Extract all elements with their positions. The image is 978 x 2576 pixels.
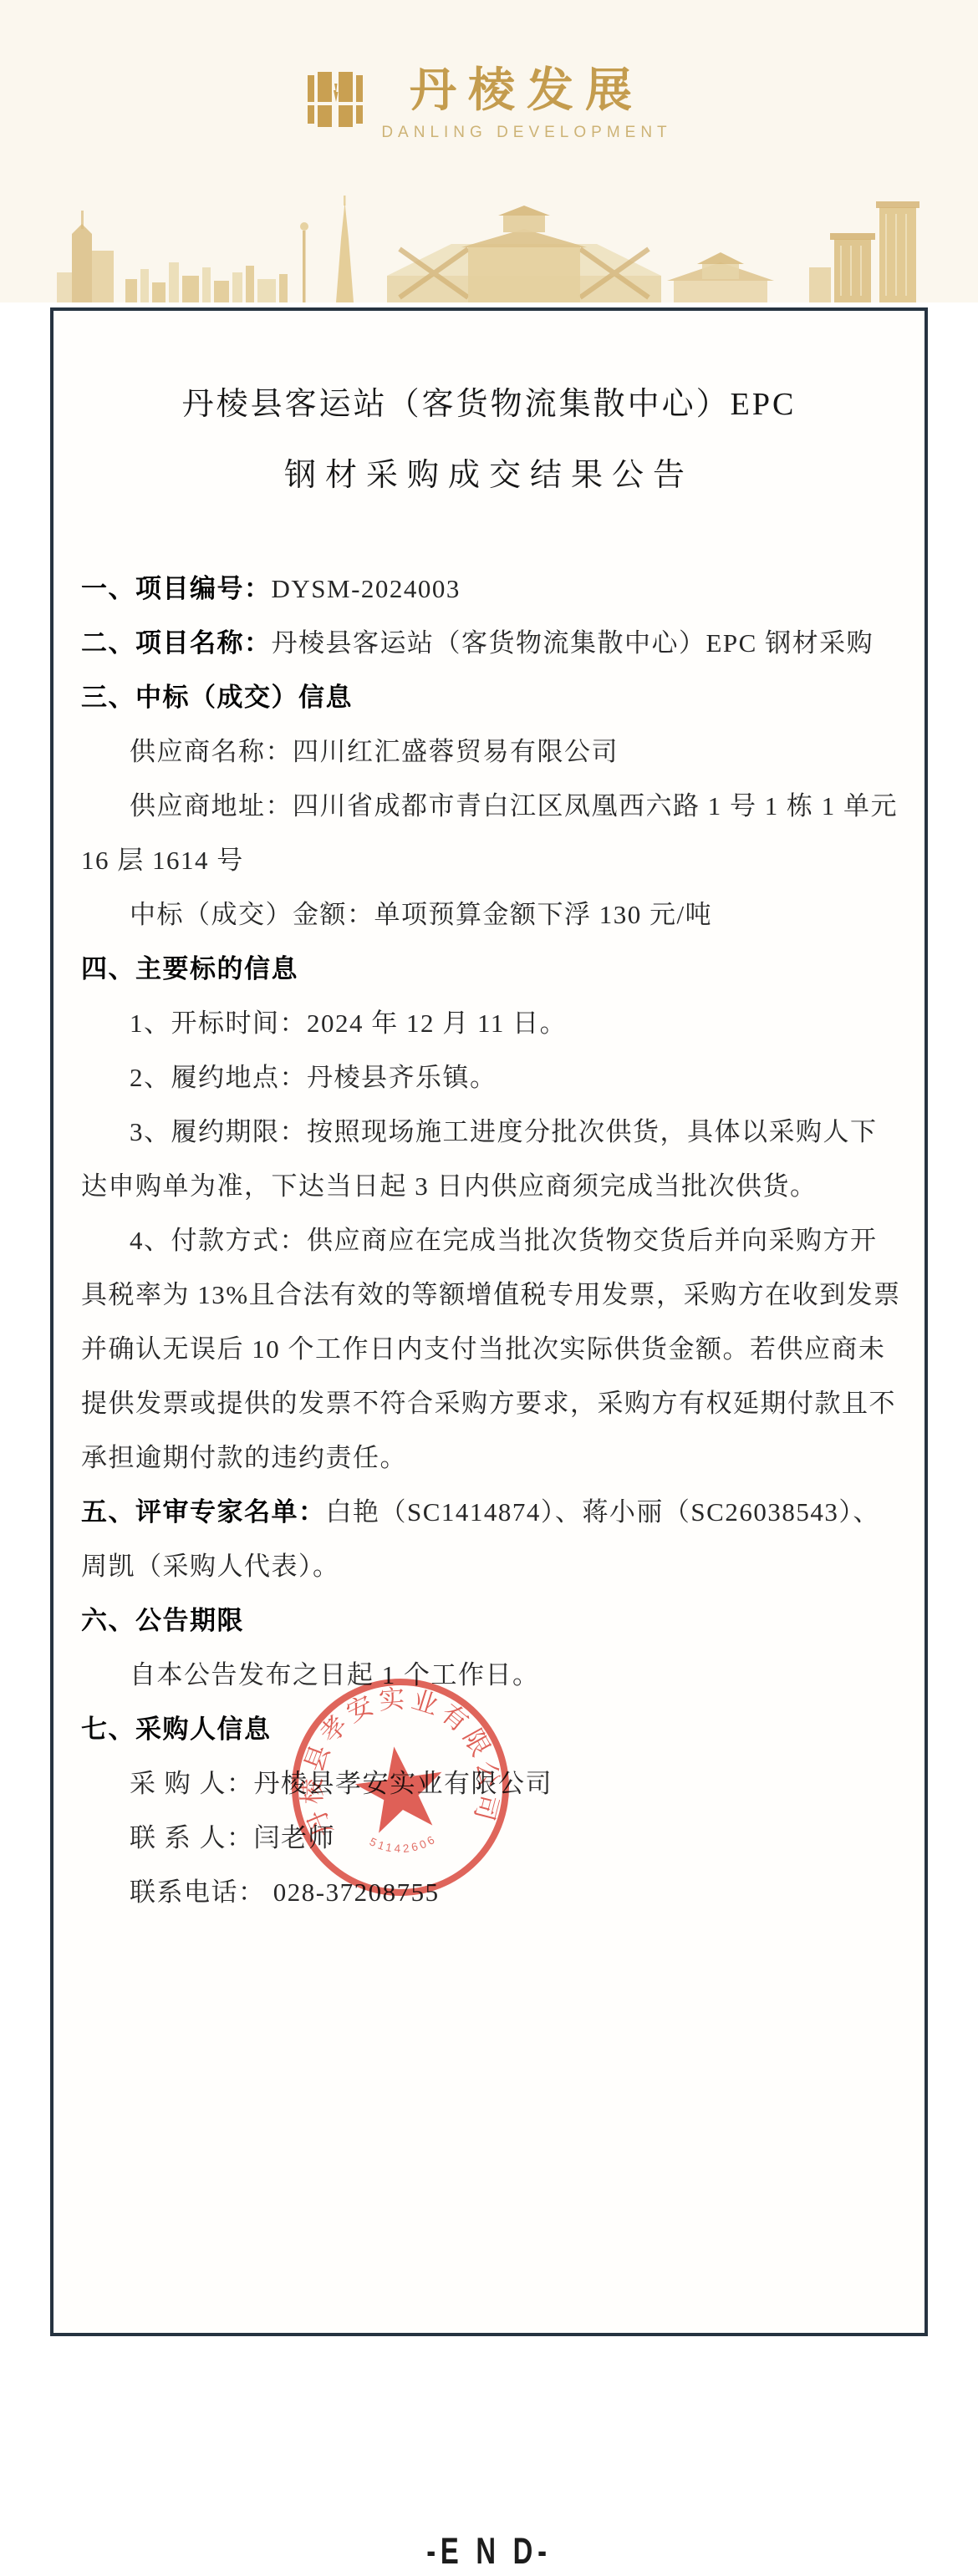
doc-line: 二、项目名称：丹棱县客运站（客货物流集散中心）EPC 钢材采购 [81, 616, 897, 670]
doc-line: 六、公告期限 [81, 1593, 897, 1648]
body-text: 联 系 人：闫老师 [130, 1823, 335, 1852]
doc-line: 4、付款方式：供应商应在完成当批次货物交货后并向采购方开 [81, 1213, 897, 1268]
doc-line: 三、中标（成交）信息 [81, 670, 897, 724]
body-text: 1、开标时间：2024 年 12 月 11 日。 [130, 1009, 567, 1038]
body-text: 采 购 人：丹棱县孝安实业有限公司 [130, 1769, 553, 1798]
section-heading: 七、采购人信息 [81, 1715, 272, 1744]
body-text: 周凯（采购人代表）。 [81, 1552, 340, 1581]
doc-line: 1、开标时间：2024 年 12 月 11 日。 [81, 996, 897, 1050]
doc-line: 采 购 人：丹棱县孝安实业有限公司 [81, 1756, 897, 1811]
doc-line: 周凯（采购人代表）。 [81, 1539, 897, 1593]
city-skyline-illustration [0, 196, 978, 302]
doc-line: 2、履约地点：丹棱县齐乐镇。 [81, 1050, 897, 1105]
doc-line: 联系电话： 028-37208755 [81, 1865, 897, 1919]
section-heading: 五、评审专家名单： [81, 1497, 326, 1527]
section-heading: 三、中标（成交）信息 [81, 683, 353, 712]
body-text: 联系电话： 028-37208755 [130, 1877, 440, 1907]
body-text: 中标（成交）金额：单项预算金额下浮 130 元/吨 [130, 900, 712, 929]
brand-name: 丹棱发展 [410, 65, 644, 117]
doc-line: 五、评审专家名单：白艳（SC1414874）、蒋小丽（SC26038543）、 [81, 1485, 897, 1539]
body-text: 16 层 1614 号 [81, 846, 244, 875]
body-text: 承担逾期付款的违约责任。 [81, 1443, 407, 1472]
doc-line: 达申购单为准，下达当日起 3 日内供应商须完成当批次供货。 [81, 1159, 897, 1213]
announcement-page: 丹棱发展 DANLING DEVELOPMENT [0, 0, 978, 2576]
doc-line: 具税率为 13%且合法有效的等额增值税专用发票，采购方在收到发票 [81, 1268, 897, 1322]
end-mark: -E N D- [88, 2531, 889, 2573]
doc-line: 自本公告发布之日起 1 个工作日。 [81, 1648, 897, 1702]
announcement-document: 丹棱县客运站（客货物流集散中心）EPC 钢材采购成交结果公告 一、项目编号：DY… [50, 307, 928, 2336]
doc-line: 提供发票或提供的发票不符合采购方要求，采购方有权延期付款且不 [81, 1376, 897, 1430]
body-text: 供应商地址：四川省成都市青白江区凤凰西六路 1 号 1 栋 1 单元 [130, 791, 898, 821]
doc-lines: 一、项目编号：DYSM-2024003二、项目名称：丹棱县客运站（客货物流集散中… [81, 561, 897, 1919]
body-text: 提供发票或提供的发票不符合采购方要求，采购方有权延期付款且不 [81, 1389, 896, 1418]
doc-line: 供应商名称：四川红汇盛蓉贸易有限公司 [81, 724, 897, 779]
doc-line: 16 层 1614 号 [81, 833, 897, 887]
body-text: DYSM-2024003 [272, 574, 461, 603]
section-heading: 一、项目编号： [81, 574, 272, 603]
doc-line: 七、采购人信息 [81, 1702, 897, 1756]
body-text: 丹棱县客运站（客货物流集散中心）EPC 钢材采购 [272, 628, 874, 658]
document-title-line2: 钢材采购成交结果公告 [53, 454, 925, 497]
body-text: 自本公告发布之日起 1 个工作日。 [130, 1660, 540, 1689]
doc-line: 承担逾期付款的违约责任。 [81, 1430, 897, 1485]
doc-line: 供应商地址：四川省成都市青白江区凤凰西六路 1 号 1 栋 1 单元 [81, 779, 897, 833]
body-text: 4、付款方式：供应商应在完成当批次货物交货后并向采购方开 [130, 1226, 878, 1255]
section-heading: 二、项目名称： [81, 628, 272, 658]
body-text: 供应商名称：四川红汇盛蓉贸易有限公司 [130, 737, 619, 766]
body-text: 达申购单为准，下达当日起 3 日内供应商须完成当批次供货。 [81, 1171, 818, 1201]
section-heading: 六、公告期限 [81, 1606, 244, 1635]
document-title-line1: 丹棱县客运站（客货物流集散中心）EPC [53, 383, 925, 426]
body-text: 3、履约期限：按照现场施工进度分批次供货，具体以采购人下 [130, 1117, 878, 1146]
doc-line: 四、主要标的信息 [81, 942, 897, 996]
doc-line: 一、项目编号：DYSM-2024003 [81, 561, 897, 616]
doc-line: 联 系 人：闫老师 [81, 1811, 897, 1865]
body-text: 并确认无误后 10 个工作日内支付当批次实际供货金额。若供应商未 [81, 1334, 886, 1364]
doc-line: 中标（成交）金额：单项预算金额下浮 130 元/吨 [81, 887, 897, 942]
body-text: 白艳（SC1414874）、蒋小丽（SC26038543）、 [326, 1497, 880, 1527]
brand-header: 丹棱发展 DANLING DEVELOPMENT [0, 0, 978, 302]
doc-line: 并确认无误后 10 个工作日内支付当批次实际供货金额。若供应商未 [81, 1322, 897, 1376]
danling-logo-icon [306, 70, 364, 129]
doc-line: 3、履约期限：按照现场施工进度分批次供货，具体以采购人下 [81, 1105, 897, 1159]
brand-text-block: 丹棱发展 DANLING DEVELOPMENT [381, 65, 671, 142]
brand-logo: 丹棱发展 DANLING DEVELOPMENT [0, 65, 978, 142]
body-text: 具税率为 13%且合法有效的等额增值税专用发票，采购方在收到发票 [81, 1280, 901, 1309]
document-title: 丹棱县客运站（客货物流集散中心）EPC 钢材采购成交结果公告 [53, 383, 925, 497]
section-heading: 四、主要标的信息 [81, 954, 298, 983]
brand-subtitle: DANLING DEVELOPMENT [381, 124, 671, 142]
body-text: 2、履约地点：丹棱县齐乐镇。 [130, 1063, 497, 1092]
